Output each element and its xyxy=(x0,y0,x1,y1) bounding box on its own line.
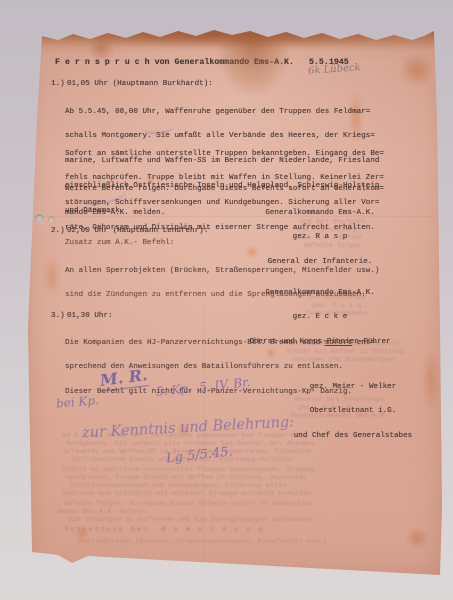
signature-line: gez. E c k e xyxy=(240,313,400,321)
bleed-through-text: rella gnurehciS .negnubegdnuK dnu negnuk… xyxy=(70,482,286,490)
punch-hole xyxy=(35,214,44,223)
photo-background: ebagruem red gnu gnutiesnart nov lhefeB … xyxy=(0,0,453,600)
stain xyxy=(404,528,430,548)
bleed-through-text: gnagniE .nebegtnnakeb neppurT etlletsret… xyxy=(62,466,315,474)
document-paper: ebagruem red gnu gnutiesnart nov lhefeB … xyxy=(28,28,442,578)
signature-line: und Chef des Generalstabes xyxy=(278,432,428,440)
section-2-number: 2.) xyxy=(51,227,65,235)
typed-line: Sofort an sämtliche unterstellte Truppen… xyxy=(65,150,384,158)
signature-line: gez. R a s p xyxy=(240,233,400,241)
section-1-heading: 01,05 Uhr (Hauptmann Burkhardt): xyxy=(67,80,213,88)
bleed-through-text: ielreniеK .gnulletS ni neffaW tim tbielb… xyxy=(66,474,307,482)
document-header: F e r n s p r u c h von Generalkommando … xyxy=(55,59,349,67)
bleed-through-text: netlahre thcerfua egnertS renresie tim n… xyxy=(62,490,311,498)
punch-hole xyxy=(48,216,55,223)
top-center-stain xyxy=(218,34,288,94)
bleed-through-text: .nеuabuzsua negnudalgnerpS eid dnu nenre… xyxy=(68,516,317,524)
signature-line: Generalkommando Ems-A.K. xyxy=(240,289,400,297)
signature-line: gez. Meier - Welker xyxy=(278,383,428,391)
underlined-word: sofort xyxy=(325,339,352,347)
typed-text: Die Kompanien des HJ-Panzervernichtungs-… xyxy=(65,339,325,347)
typed-line: Ab 5.5.45, 08,00 Uhr, Waffenruhe gegenüb… xyxy=(65,108,379,116)
section-3-number: 3.) xyxy=(51,312,65,320)
section-3-heading: 01,30 Uhr: xyxy=(67,312,113,320)
signature-line: Generalkommando Ems-A.K. xyxy=(240,209,400,217)
bleed-through-text: (.wsu redlefneniM ,negnurrepsnessartS ,n… xyxy=(78,538,327,546)
bleed-through-text: moklareneG na trofos slhefeB seseid ebag… xyxy=(64,500,313,508)
section-2-heading: 02,00 Uhr (Hauptmann Lendfehr): xyxy=(67,227,208,235)
stain xyxy=(42,253,62,299)
section-1-number: 1.) xyxy=(51,80,65,88)
section-2-subheading: Zusatz zum A.K.- Befehl: xyxy=(65,239,174,247)
typed-line: Die Kompanien des HJ-Panzervernichtungs-… xyxy=(65,339,375,347)
pencil-annotation: 6k Lübeck xyxy=(308,62,361,77)
section-3-signature: gez. Meier - Welker Oberstleutnant i.G. … xyxy=(278,366,428,457)
document-title: F e r n s p r u c h xyxy=(55,58,150,67)
signature-line: Oberstleutnant i.G. xyxy=(278,407,428,415)
typed-text: ent= xyxy=(352,339,375,347)
bleed-through-text: .nedlem .K.A-smE odnam xyxy=(58,508,148,516)
stain xyxy=(398,54,436,86)
bleed-through-text: g n u k r e m e B red gnuztesrof xyxy=(62,526,263,534)
